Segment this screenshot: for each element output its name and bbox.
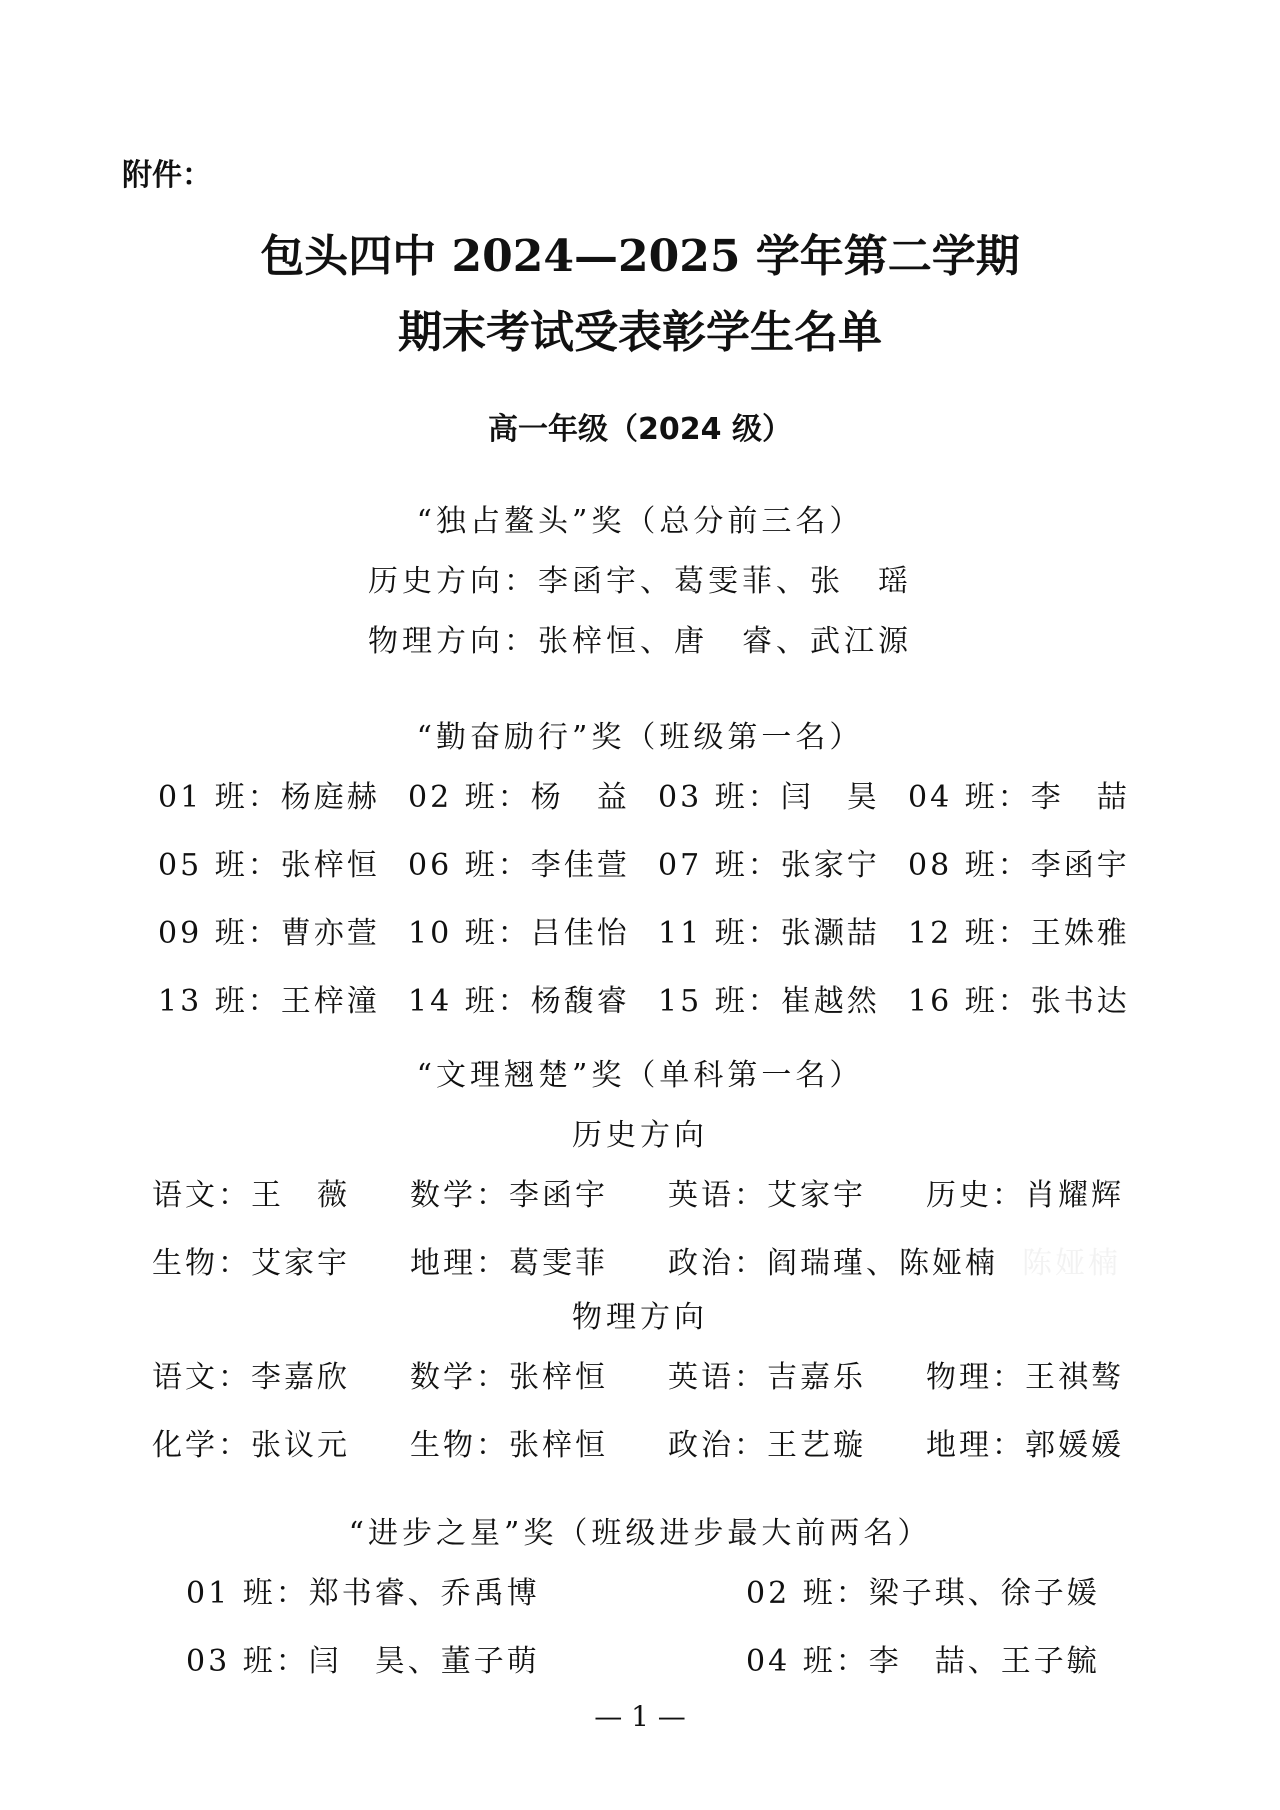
list-item: 化学：张议元 <box>152 1420 410 1464</box>
list-item: 生物：张梓恒 <box>410 1420 668 1464</box>
document-title-line2: 期末考试受表彰学生名单 <box>0 296 1280 360</box>
history-subject-list: 语文：王 薇 数学：李函宇 英语：艾家宇 历史：肖耀辉 生物：艾家宇 地理：葛雯… <box>152 1170 1152 1282</box>
physics-direction-label: 物理方向 <box>0 1292 1280 1336</box>
class-first-list: 01 班：杨庭赫 02 班：杨 益 03 班：闫 昊 04 班：李 喆 05 班… <box>158 772 1138 1020</box>
list-item: 08 班：李函宇 <box>908 840 1138 884</box>
list-item: 15 班：崔越然 <box>658 976 908 1020</box>
list-item: 10 班：吕佳怡 <box>408 908 658 952</box>
list-item: 09 班：曹亦萱 <box>158 908 408 952</box>
history-direction-label: 历史方向 <box>0 1110 1280 1154</box>
document-title-line1: 包头四中 2024—2025 学年第二学期 <box>0 220 1280 284</box>
list-item: 02 班：梁子琪、徐子媛 <box>746 1568 1126 1612</box>
award-top3-history: 历史方向：李函宇、葛雯菲、张 瑶 <box>0 556 1280 600</box>
list-item: 政治：王艺璇 <box>668 1420 926 1464</box>
list-item: 01 班：杨庭赫 <box>158 772 408 816</box>
list-item: 语文：李嘉欣 <box>152 1352 410 1396</box>
list-item: 05 班：张梓恒 <box>158 840 408 884</box>
list-item: 语文：王 薇 <box>152 1170 410 1214</box>
award-top3-physics: 物理方向：张梓恒、唐 睿、武江源 <box>0 616 1280 660</box>
list-item: 政治：阎瑞瑾、陈娅楠陈娅楠 <box>668 1238 1152 1282</box>
ghost-text: 陈娅楠 <box>1022 1246 1121 1281</box>
award-class-first-heading: “勤奋励行”奖（班级第一名） <box>0 712 1280 756</box>
grade-heading: 高一年级（2024 级） <box>0 404 1280 448</box>
list-item: 12 班：王姝雅 <box>908 908 1138 952</box>
list-item: 01 班：郑书睿、乔禹博 <box>186 1568 746 1612</box>
politics-winners: 政治：阎瑞瑾、陈娅楠 <box>668 1246 998 1281</box>
list-item: 04 班：李 喆 <box>908 772 1138 816</box>
list-item: 数学：李函宇 <box>410 1170 668 1214</box>
list-item: 生物：艾家宇 <box>152 1238 410 1282</box>
list-item: 13 班：王梓潼 <box>158 976 408 1020</box>
list-item: 英语：吉嘉乐 <box>668 1352 926 1396</box>
physics-subject-list: 语文：李嘉欣 数学：张梓恒 英语：吉嘉乐 物理：王祺骜 化学：张议元 生物：张梓… <box>152 1352 1152 1464</box>
list-item: 物理：王祺骜 <box>926 1352 1152 1396</box>
page-number: — 1 — <box>0 1700 1280 1733</box>
list-item: 07 班：张家宁 <box>658 840 908 884</box>
list-item: 04 班：李 喆、王子毓 <box>746 1636 1126 1680</box>
list-item: 03 班：闫 昊 <box>658 772 908 816</box>
list-item: 数学：张梓恒 <box>410 1352 668 1396</box>
award-top3-heading: “独占鳌头”奖（总分前三名） <box>0 496 1280 540</box>
list-item: 03 班：闫 昊、董子萌 <box>186 1636 746 1680</box>
attachment-label: 附件： <box>122 150 212 194</box>
progress-list: 01 班：郑书睿、乔禹博 02 班：梁子琪、徐子媛 03 班：闫 昊、董子萌 0… <box>186 1568 1126 1680</box>
list-item: 16 班：张书达 <box>908 976 1138 1020</box>
list-item: 11 班：张灏喆 <box>658 908 908 952</box>
list-item: 英语：艾家宇 <box>668 1170 926 1214</box>
list-item: 06 班：李佳萱 <box>408 840 658 884</box>
award-subject-first-heading: “文理翘楚”奖（单科第一名） <box>0 1050 1280 1094</box>
award-progress-heading: “进步之星”奖（班级进步最大前两名） <box>0 1508 1280 1552</box>
list-item: 地理：葛雯菲 <box>410 1238 668 1282</box>
list-item: 地理：郭媛媛 <box>926 1420 1152 1464</box>
list-item: 历史：肖耀辉 <box>926 1170 1152 1214</box>
list-item: 02 班：杨 益 <box>408 772 658 816</box>
list-item: 14 班：杨馥睿 <box>408 976 658 1020</box>
